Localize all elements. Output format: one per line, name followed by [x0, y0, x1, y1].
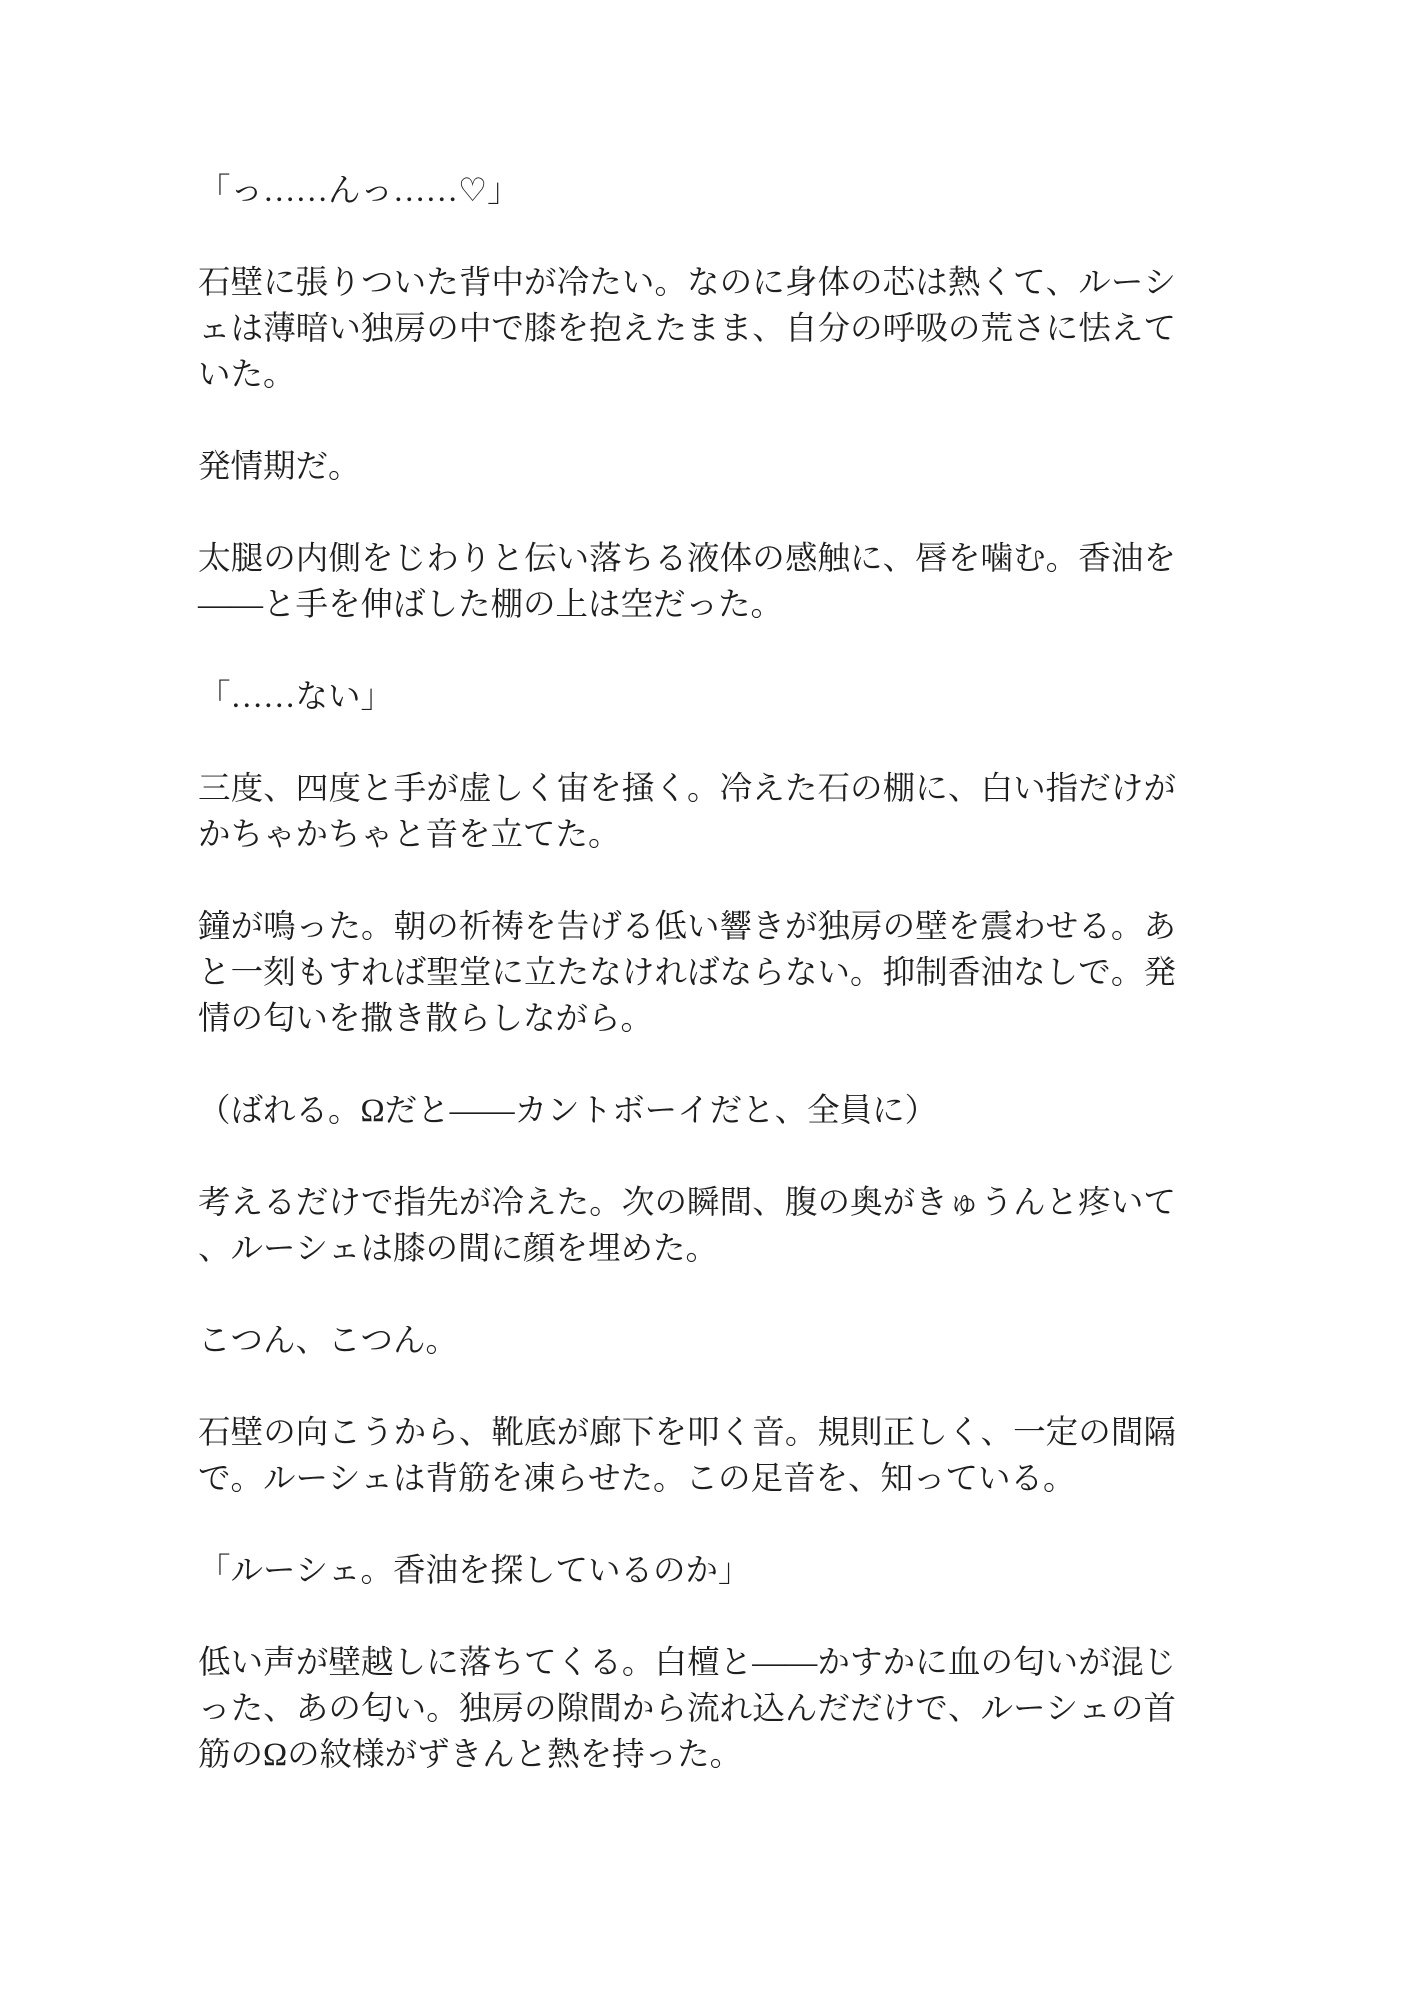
- paragraph-narration: 発情期だ。: [198, 444, 1176, 490]
- page-text: 「っ……んっ……♡」石壁に張りついた背中が冷たい。なのに身体の芯は熱くて、ルーシ…: [198, 168, 1176, 1778]
- paragraph-dialogue: 「……ない」: [198, 674, 1176, 720]
- document-page: 「っ……んっ……♡」石壁に張りついた背中が冷たい。なのに身体の芯は熱くて、ルーシ…: [0, 0, 1415, 2000]
- paragraph-narration: 低い声が壁越しに落ちてくる。白檀と――かすかに血の匂いが混じった、あの匂い。独房…: [198, 1640, 1176, 1778]
- paragraph-narration: 太腿の内側をじわりと伝い落ちる液体の感触に、唇を噛む。香油を――と手を伸ばした棚…: [198, 536, 1176, 628]
- paragraph-narration: こつん、こつん。: [198, 1318, 1176, 1364]
- paragraph-narration: 鐘が鳴った。朝の祈祷を告げる低い響きが独房の壁を震わせる。あと一刻もすれば聖堂に…: [198, 904, 1176, 1042]
- paragraph-dialogue: 「っ……んっ……♡」: [198, 168, 1176, 214]
- paragraph-narration: 石壁の向こうから、靴底が廊下を叩く音。規則正しく、一定の間隔で。ルーシェは背筋を…: [198, 1410, 1176, 1502]
- paragraph-narration: 考えるだけで指先が冷えた。次の瞬間、腹の奥がきゅうんと疼いて、ルーシェは膝の間に…: [198, 1180, 1176, 1272]
- page: { "page": { "background_color": "#ffffff…: [0, 0, 1415, 2000]
- paragraph-thought: （ばれる。Ωだと――カントボーイだと、全員に）: [198, 1088, 1176, 1134]
- paragraph-dialogue: 「ルーシェ。香油を探しているのか」: [198, 1548, 1176, 1594]
- paragraph-narration: 石壁に張りついた背中が冷たい。なのに身体の芯は熱くて、ルーシェは薄暗い独房の中で…: [198, 260, 1176, 398]
- paragraph-narration: 三度、四度と手が虚しく宙を掻く。冷えた石の棚に、白い指だけがかちゃかちゃと音を立…: [198, 766, 1176, 858]
